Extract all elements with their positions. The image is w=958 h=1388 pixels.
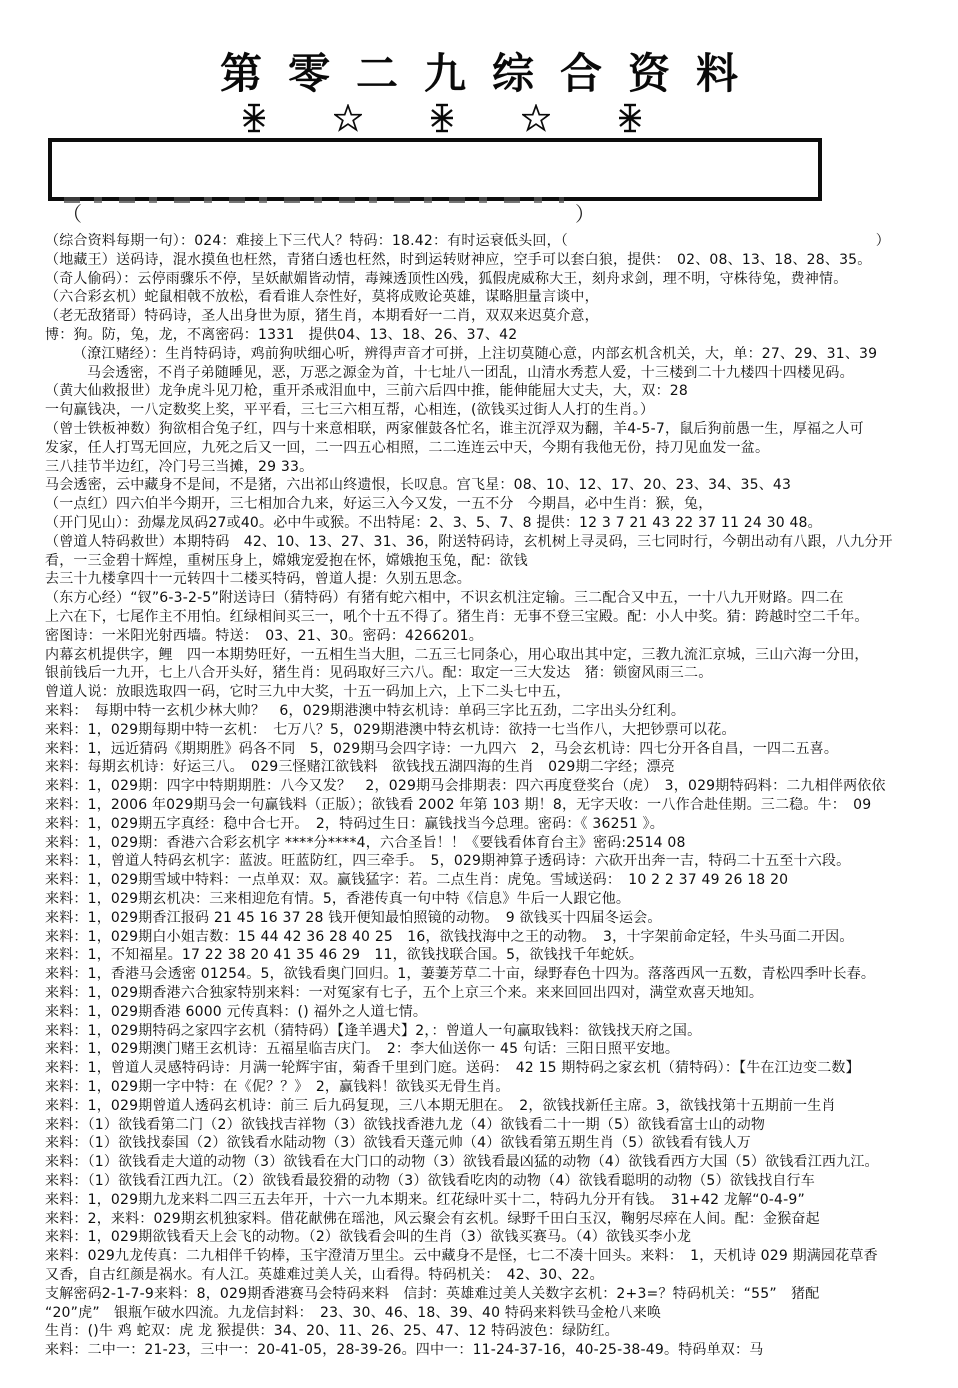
text-line: 曾道人说：放眼选取四一码，它时三九中大奖，十五一码加上六，上下二头七中五， [45, 683, 950, 702]
text-line: 来料：1，029期欲钱看天上会飞的动物。（2）欲钱看会叫的生肖（3）欲钱买赛马。… [45, 1228, 950, 1247]
star-icon [522, 104, 550, 132]
text-line: 来料：029九龙传真：二九相伴千钧棒，玉宇澄清万里尘。云中藏身不是怪，七二不凑十… [45, 1247, 950, 1266]
blank-frame-box [48, 138, 822, 201]
text-line: 又香，自古红颜是祸水。有人江。英雄难过美人关，山看得。特码机关： 42、30、2… [45, 1266, 950, 1285]
text-line: 来料：（1）欲钱找泰国（2）欲钱看水陆动物（3）欲钱看天蓬元帅（4）欲钱看第五期… [45, 1134, 950, 1153]
text-line: 来料：1，不知福星。17 22 38 20 41 35 46 29 11，欲钱找… [45, 946, 950, 965]
text-line: 发家，任人打骂无回应，九死之后又一回，二一四五心相照，二二连连云中天，今期有我他… [45, 439, 950, 458]
text-line: 来料：1，029期澳门赌王玄机诗：五福星临吉庆门。 2：李大仙送你一 45 句话… [45, 1040, 950, 1059]
document-page: 第零二九综合资料 [0, 0, 958, 1388]
text-line: 来料：（1）欲钱看第二门（2）欲钱找吉祥物（3）欲钱找香港九龙（4）欲钱看二十一… [45, 1116, 950, 1135]
text-line: 来料：1，029期：香港六合彩玄机字 ****分****4，六合圣旨！！《要钱看… [45, 834, 950, 853]
text-line: 来料：1，029期香江报码 21 45 16 37 28 钱开便知最怕照镜的动物… [45, 909, 950, 928]
text-line: 去三十九楼拿四十一元转四十二楼买特码，曾道人提：久别五思念。 [45, 570, 950, 589]
text-line: 来料：1，029期玄机决：三来相迎危有情。5，香港传真一句中特《信息》牛后一人跟… [45, 890, 950, 909]
text-line: 来料：1，029期一字中特：在《伲？？》 2，赢钱料！欲钱买无骨生肖。 [45, 1078, 950, 1097]
text-line: 来料：1，2006 年029期马会一句赢钱料（正版）；欲钱看 2002 年第 1… [45, 796, 950, 815]
text-line: 来料：（1）欲钱看江西九江。（2）欲钱看最狡猾的动物（3）欲钱看吃肉的动物（4）… [45, 1172, 950, 1191]
text-line: 来料：1，029期香港六合独家特别来料：一对冤家有七子，五个上京三个来。来来回回… [45, 984, 950, 1003]
paren-row: （ ） [48, 201, 958, 228]
text-line: 内幕玄机提供字，鲤 四一本期势旺好，一五相生当大胆，二五三七同条心，用心取出其中… [45, 646, 950, 665]
text-line: 来料：1，029期雪域中特料：一点单双：双。赢钱猛字：若。二点生肖：虎兔。雪域送… [45, 871, 950, 890]
text-line: 来料：1，曾道人灵感特码诗：月满一轮辉宇宙，菊香千里到门庭。送码： 42 15 … [45, 1059, 950, 1078]
text-line: 来料：1，029期：四字中特期期胜：八今又发？ 2，029期马会排期表：四六再度… [45, 777, 950, 796]
text-line: 看，一三金碧十辉煌，重树压身上，嫦娥宠爱抱在怀，嫦娥抱玉兔，配：欲钱 [45, 552, 950, 571]
text-line: （黄大仙救报世）龙争虎斗见刀枪，重开杀戒泪血中，三前六后四中推，能伸能屈大丈夫，… [45, 382, 950, 401]
text-line: （东方心经）“钗”6-3-2-5”附送诗曰（猜特码）有猪有蛇六相中，不识玄机注定… [45, 589, 950, 608]
text-line-main: （综合资料每期一句）：024：难接上下三代人？特码：18.42：有时运衰低头回，… [45, 232, 568, 251]
text-line: （六合彩玄机）蛇鼠相戟不放松，看看谁人奈性好，莫将成败论英雄，谋略胆量言谈中， [45, 288, 950, 307]
text-line: （一点红）四六伯半今期开，三七相加合九来，好运三入今又发，一五不分 今期昌，必中… [45, 495, 950, 514]
text-line: 来料：1，曾道人特码玄机字：蓝波。旺蓝防红，四三牵手。 5，029期神算子透码诗… [45, 852, 950, 871]
text-line: 银前钱后一九开，七上八合开头好，猪生肖：见码取好三六八。配：取定一三大发达 猪：… [45, 664, 950, 683]
stars-row [0, 99, 884, 137]
text-line: 生肖：()牛 鸡 蛇双：虎 龙 猴提供：34、20、11、26、25、47、12… [45, 1322, 950, 1341]
text-line: （曾道人特码救世）本期特码 42、10、13、27、31、36，附送特码诗，玄机… [45, 533, 950, 552]
burst-icon [616, 102, 644, 134]
text-line: 上六在下，七尾作主不用怕。红绿相间买三一，吼个十五不得了。猪生肖：无事不登三宝殿… [45, 608, 950, 627]
text-line: 马会透密，不肖子弟随睡见，恶，万恶之源金为首，十七址八一团乱，山清水秀惹人爱，十… [45, 364, 950, 383]
text-line: （综合资料每期一句）：024：难接上下三代人？特码：18.42：有时运衰低头回，… [45, 232, 950, 251]
text-line: 来料：1，029期特码之家四字玄机（猜特码）【逢羊遇犬】2，：曾道人一句赢取钱料… [45, 1022, 950, 1041]
burst-icon [240, 102, 268, 134]
text-line: 来料：1，029期香港 6000 元传真料：() 福外之人道七情。 [45, 1003, 950, 1022]
text-line: 来料：1，029期每期中特一玄机： 七万八？5，029期港澳中特玄机诗：欲持一七… [45, 721, 950, 740]
text-line: 来料：1，029期曾道人透码玄机诗：前三 后九码复现，三八本期无胆在。 2，欲钱… [45, 1097, 950, 1116]
open-paren: （ [62, 202, 82, 226]
burst-icon [428, 102, 456, 134]
text-line: （开门见山）：劲爆龙凤码27或40。必中牛或猴。不出特尾：2、3、5、7、8 提… [45, 514, 950, 533]
text-line: （地藏王）送码诗，混水摸鱼也枉然，青猪白透也枉然，时到运转财神应，空手可以套白狼… [45, 251, 950, 270]
text-line: 来料：1，香港马会透密 01254。5，欲钱看奥门回归。1，萋萋芳草二十亩，绿野… [45, 965, 950, 984]
text-line: 三八挂节半边红，冷门号三当摊，29 33。 [45, 458, 950, 477]
star-icon [334, 104, 362, 132]
text-line: 来料：（1）欲钱看走大道的动物（3）欲钱看在大门口的动物（3）欲钱看最凶猛的动物… [45, 1153, 950, 1172]
text-line: 来料：1，远近猜码《期期胜》码各不同 5，029期马会四字诗：一九四六 2，马会… [45, 740, 950, 759]
text-line: 来料： 每期中特一玄机少林大帅？ 6，029期港澳中特玄机诗：单码三字比五劲，二… [45, 702, 950, 721]
print-smudge [64, 197, 564, 203]
text-line: 来料：2，来料：029期玄机独家料。借花献佛在瑶池，风云聚会有玄机。绿野千田白玉… [45, 1210, 950, 1229]
text-line: 马会透密，云中藏身不是间，不是猪，六出祁山终遗恨，长叹息。宫飞星：08、10、1… [45, 476, 950, 495]
text-line: 来料：二中一：21-23，三中一：20-41-05，28-39-26。四中一：1… [45, 1341, 950, 1360]
text-line: 博：狗。防，兔，龙，不离密码：1331 提供04、13、18、26、37、42 [45, 326, 950, 345]
close-paren: ） [575, 201, 595, 228]
text-line: 来料：1，029期白小姐吉数：15 44 42 36 28 40 25 16，欲… [45, 928, 950, 947]
text-line: （奇人偷码）：云停雨骤乐不停，呈妖献媚皆动情，毒辣透顶性凶残，狐假虎威称大王，刻… [45, 270, 950, 289]
text-line: 支解密码2-1-7-9来料：8，029期香港赛马会特码来料 信封：英雄难过美人关… [45, 1285, 950, 1304]
text-line: 来料：1，029期五字真经：稳中合七开。 2，特码过生日：赢钱找当今总理。密码：… [45, 815, 950, 834]
text-line: （潦江赌经）：生肖特码诗，鸡前狗吠细心听，辨得声音才可拼，上注切莫随心意，内部玄… [45, 345, 950, 364]
text-line: 来料：每期玄机诗：好运三八。 029三怪赌江欲钱料 欲钱找五湖四海的生肖 029… [45, 758, 950, 777]
text-line: “20”虎” 银瓶乍破水四流。九龙信封料： 23、30、46、18、39、40 … [45, 1304, 950, 1323]
text-line: 来料：1，029期九龙来料二四三五去年开，十六一九本期来。红花绿叶买十二，特码九… [45, 1191, 950, 1210]
text-line: 密图诗：一米阳光射西墙。特送： 03、21、30。密码：4266201。 [45, 627, 950, 646]
text-line: （曾士铁板神数）狗欲相合兔子红，四与十来意相联，两家催鼓各忙名，谁主沉浮双为翻，… [45, 420, 950, 439]
text-line-right-paren: ） [876, 232, 890, 251]
page-title: 第零二九综合资料 [0, 52, 958, 96]
text-line: 一句赢钱决，一八定数奖上奖，平平看，三七三六相互帮，心相连，(欲钱买过街人人打的… [45, 401, 950, 420]
body-lines: （综合资料每期一句）：024：难接上下三代人？特码：18.42：有时运衰低头回，… [45, 232, 950, 1360]
text-line: （老无敌猪哥）特码诗，圣人出身世为原，猪生肖，本期看好一二肖，双双来迟莫介意， [45, 307, 950, 326]
